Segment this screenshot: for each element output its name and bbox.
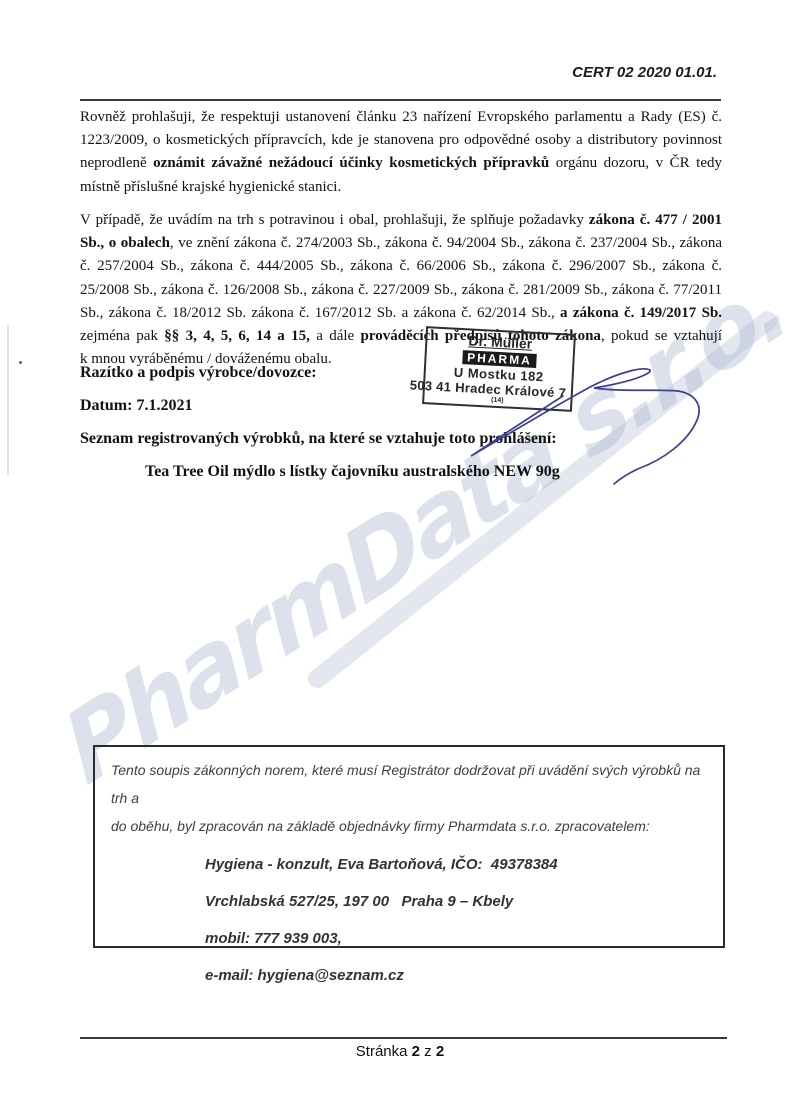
page-number: Stránka 2 z 2 xyxy=(0,1043,800,1060)
paragraph-line: Sb., zákona č. 18/2012 Sb. zákona č. 167… xyxy=(80,302,722,325)
paragraph-cosmetics-regulation: Rovněž prohlašuji, že respektuji ustanov… xyxy=(80,106,722,199)
document-page: CERT 02 2020 01.01. Rovněž prohlašuji, ž… xyxy=(0,0,800,1100)
paragraph-line: V případě, že uvádím na trh s potravinou… xyxy=(80,209,722,232)
header-rule xyxy=(80,99,721,101)
paragraph-line: Sb., o obalech, ve znění zákona č. 274/2… xyxy=(80,232,722,255)
product-list-heading: Seznam registrovaných výrobků, na které … xyxy=(80,430,557,448)
processor-phone-line: mobil: 777 939 003, xyxy=(205,927,723,951)
processor-intro-line: do oběhu, byl zpracován na základě objed… xyxy=(111,812,709,840)
paragraph-line: č. 257/2004 Sb., zákona č. 444/2005 Sb.,… xyxy=(80,255,722,278)
paragraph-line: 25/2008 Sb., zákona č. 126/2008 Sb., zák… xyxy=(80,279,722,302)
registered-product-name: Tea Tree Oil mýdlo s lístky čajovníku au… xyxy=(145,463,560,481)
paragraph-line: 1223/2009, o kosmetických přípravcích, k… xyxy=(80,129,722,152)
paragraph-line: Rovněž prohlašuji, že respektuji ustanov… xyxy=(80,106,722,129)
paragraph-line: neprodleně oznámit závažné nežádoucí úči… xyxy=(80,152,722,175)
paragraph-line: místně příslušné krajské hygienické stan… xyxy=(80,176,722,199)
footer-rule xyxy=(80,1037,727,1039)
processor-email-line: e-mail: hygiena@seznam.cz xyxy=(205,964,723,988)
processor-info-box: Tento soupis zákonných norem, které musí… xyxy=(93,745,725,948)
processor-intro-line: Tento soupis zákonných norem, které musí… xyxy=(111,756,709,812)
paragraph-packaging-law: V případě, že uvádím na trh s potravinou… xyxy=(80,209,722,371)
company-stamp: Dr. Müller PHARMA U Mostku 182 503 41 Hr… xyxy=(422,326,576,412)
processor-intro: Tento soupis zákonných norem, které musí… xyxy=(95,747,723,840)
processor-name-line: Hygiena - konzult, Eva Bartoňová, IČO: 4… xyxy=(205,853,723,877)
date-label: Datum: 7.1.2021 xyxy=(80,397,192,415)
processor-address-line: Vrchlabská 527/25, 197 00 Praha 9 – Kbel… xyxy=(205,890,723,914)
document-code: CERT 02 2020 01.01. xyxy=(572,64,717,81)
paragraph-line: zejména pak §§ 3, 4, 5, 6, 14 a 15, a dá… xyxy=(80,325,722,348)
stamp-caption-label: Razítko a podpis výrobce/dovozce: xyxy=(80,364,317,382)
